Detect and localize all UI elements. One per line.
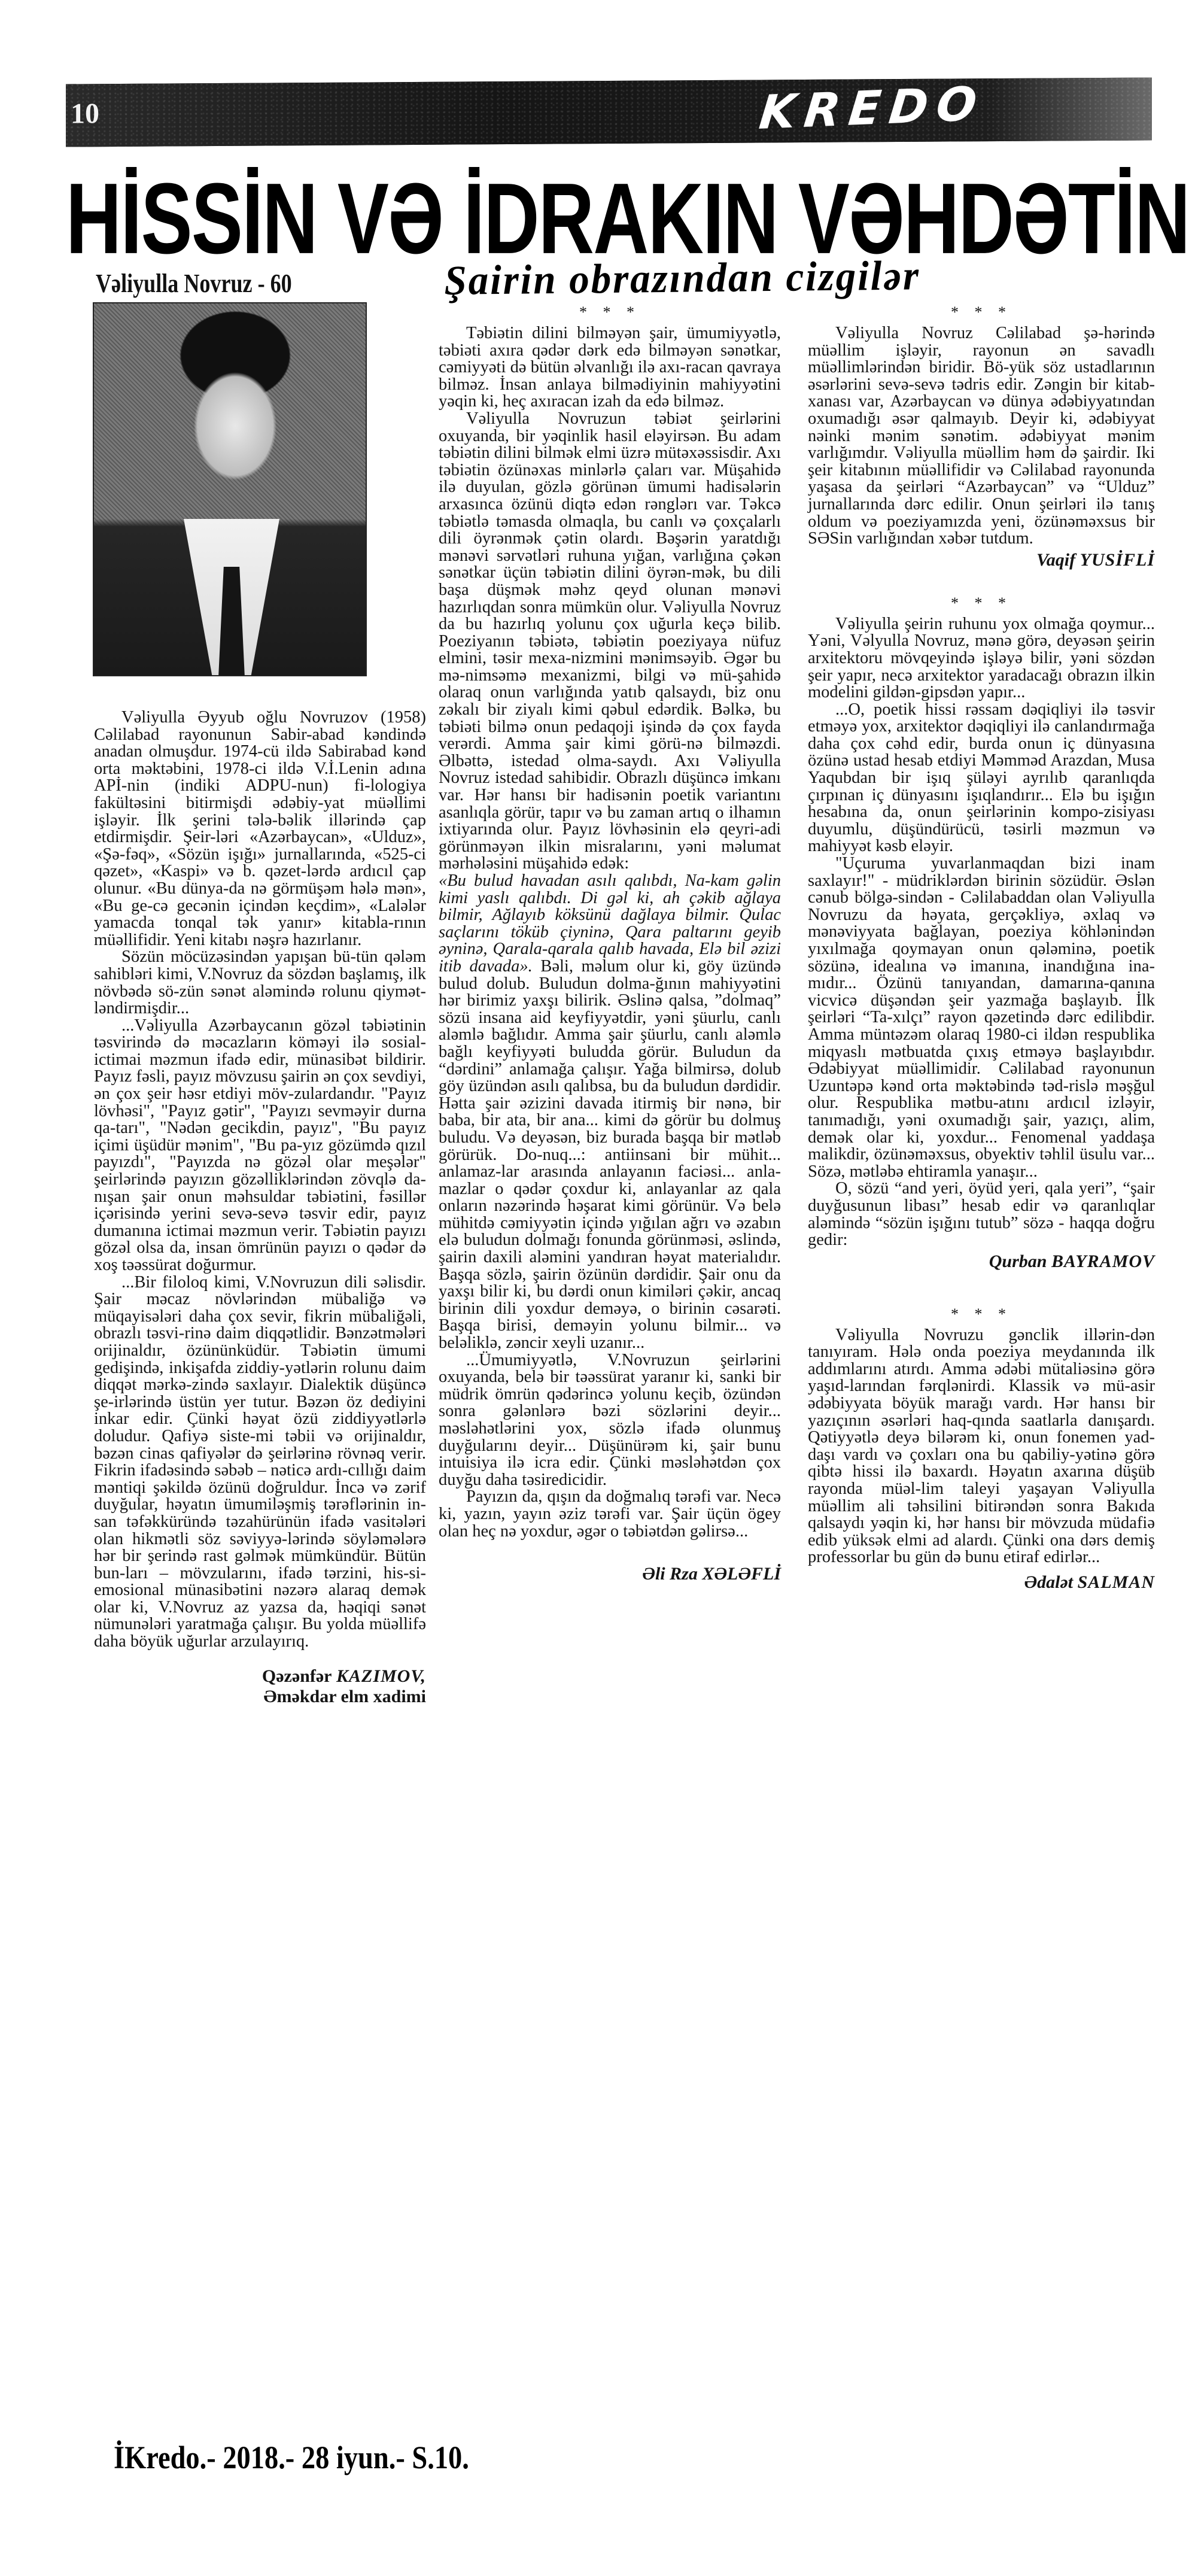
left-column: Vəliyulla Əyyub oğlu Novruzov (1958) Cəl… xyxy=(94,709,426,1707)
bio-paragraph: Vəliyulla Əyyub oğlu Novruzov (1958) Cəl… xyxy=(94,709,426,949)
author-last-name: KAZIMOV, xyxy=(336,1666,426,1686)
article-kicker: Vəliyulla Novruz - 60 xyxy=(96,268,292,299)
author-signature: Ədalət SALMAN xyxy=(808,1572,1155,1593)
body-paragraph: Vəliyulla Novruz Cəlilabad şə-hərində mü… xyxy=(808,325,1155,548)
author-signature: Qurban BAYRAMOV xyxy=(808,1251,1155,1272)
article-subheading: Şairin obrazından cizgilər xyxy=(444,252,920,305)
body-paragraph: O, sözü “and yeri, öyüd yeri, qala yeri”… xyxy=(808,1180,1155,1248)
author-first-name: Qəzənfər xyxy=(262,1666,332,1686)
middle-column: * * * Təbiətin dilini bilməyən şair, ümu… xyxy=(439,302,781,1584)
body-paragraph: ...O, poetik hissi rəssam dəqiqliyi ilə … xyxy=(808,701,1155,855)
page-number: 10 xyxy=(71,97,99,130)
section-separator: * * * xyxy=(808,594,1155,612)
author-signature: Vaqif YUSİFLİ xyxy=(808,550,1155,570)
author-first-name: Vaqif xyxy=(1036,550,1075,570)
section-separator: * * * xyxy=(808,303,1155,321)
portrait-photo xyxy=(93,302,367,676)
author-signature: Əli Rza XƏLƏFLİ xyxy=(439,1564,781,1584)
body-paragraph: ...Vəliyulla Azərbaycanın gözəl təbiətin… xyxy=(94,1017,426,1274)
right-column: * * * Vəliyulla Novruz Cəlilabad şə-həri… xyxy=(808,302,1155,1593)
author-last-name: YUSİFLİ xyxy=(1080,550,1155,570)
author-first-name: Ədalət xyxy=(1024,1572,1073,1592)
body-paragraph: Təbiətin dilini bilməyən şair, ümumiyyət… xyxy=(439,325,781,411)
body-paragraph: "Uçuruma yuvarlanmaqdan bizi inam saxlay… xyxy=(808,855,1155,1180)
section-separator: * * * xyxy=(808,1305,1155,1323)
body-paragraph: Payızın da, qışın da doğmalıq tərəfi var… xyxy=(439,1489,781,1540)
body-text: Vəliyulla Novruzun təbiət şeirlərini oxu… xyxy=(439,409,781,873)
body-paragraph: Vəliyulla şeirin ruhunu yox olmağa qoymu… xyxy=(808,616,1155,701)
body-paragraph: ...Bir filoloq kimi, V.Novruzun dili səl… xyxy=(94,1274,426,1651)
body-paragraph: Vəliyulla Novruzu gənclik illərin-dən ta… xyxy=(808,1327,1155,1566)
author-last-name: SALMAN xyxy=(1078,1572,1155,1592)
body-text: Bəli, məlum olur ki, göy üzündə bulud do… xyxy=(439,957,781,1352)
author-first-name: Qurban xyxy=(989,1251,1047,1271)
masthead-bar: 10 KREDO xyxy=(66,77,1152,147)
body-paragraph: Sözün möcüzəsindən yapışan bü-tün qələm … xyxy=(94,949,426,1017)
body-paragraph: ...Ümumiyyətlə, V.Novruzun şeirlərini ox… xyxy=(439,1352,781,1489)
author-signature: Qəzənfər KAZIMOV, xyxy=(94,1666,426,1687)
body-paragraph: Vəliyulla Novruzun təbiət şeirlərini oxu… xyxy=(439,411,781,1352)
section-separator: * * * xyxy=(439,303,781,321)
author-last-name: BAYRAMOV xyxy=(1051,1251,1155,1271)
source-citation: İKredo.- 2018.- 28 iyun.- S.10. xyxy=(114,2439,469,2476)
author-title: Əməkdar elm xadimi xyxy=(94,1687,426,1707)
newspaper-logo: KREDO xyxy=(756,77,987,140)
